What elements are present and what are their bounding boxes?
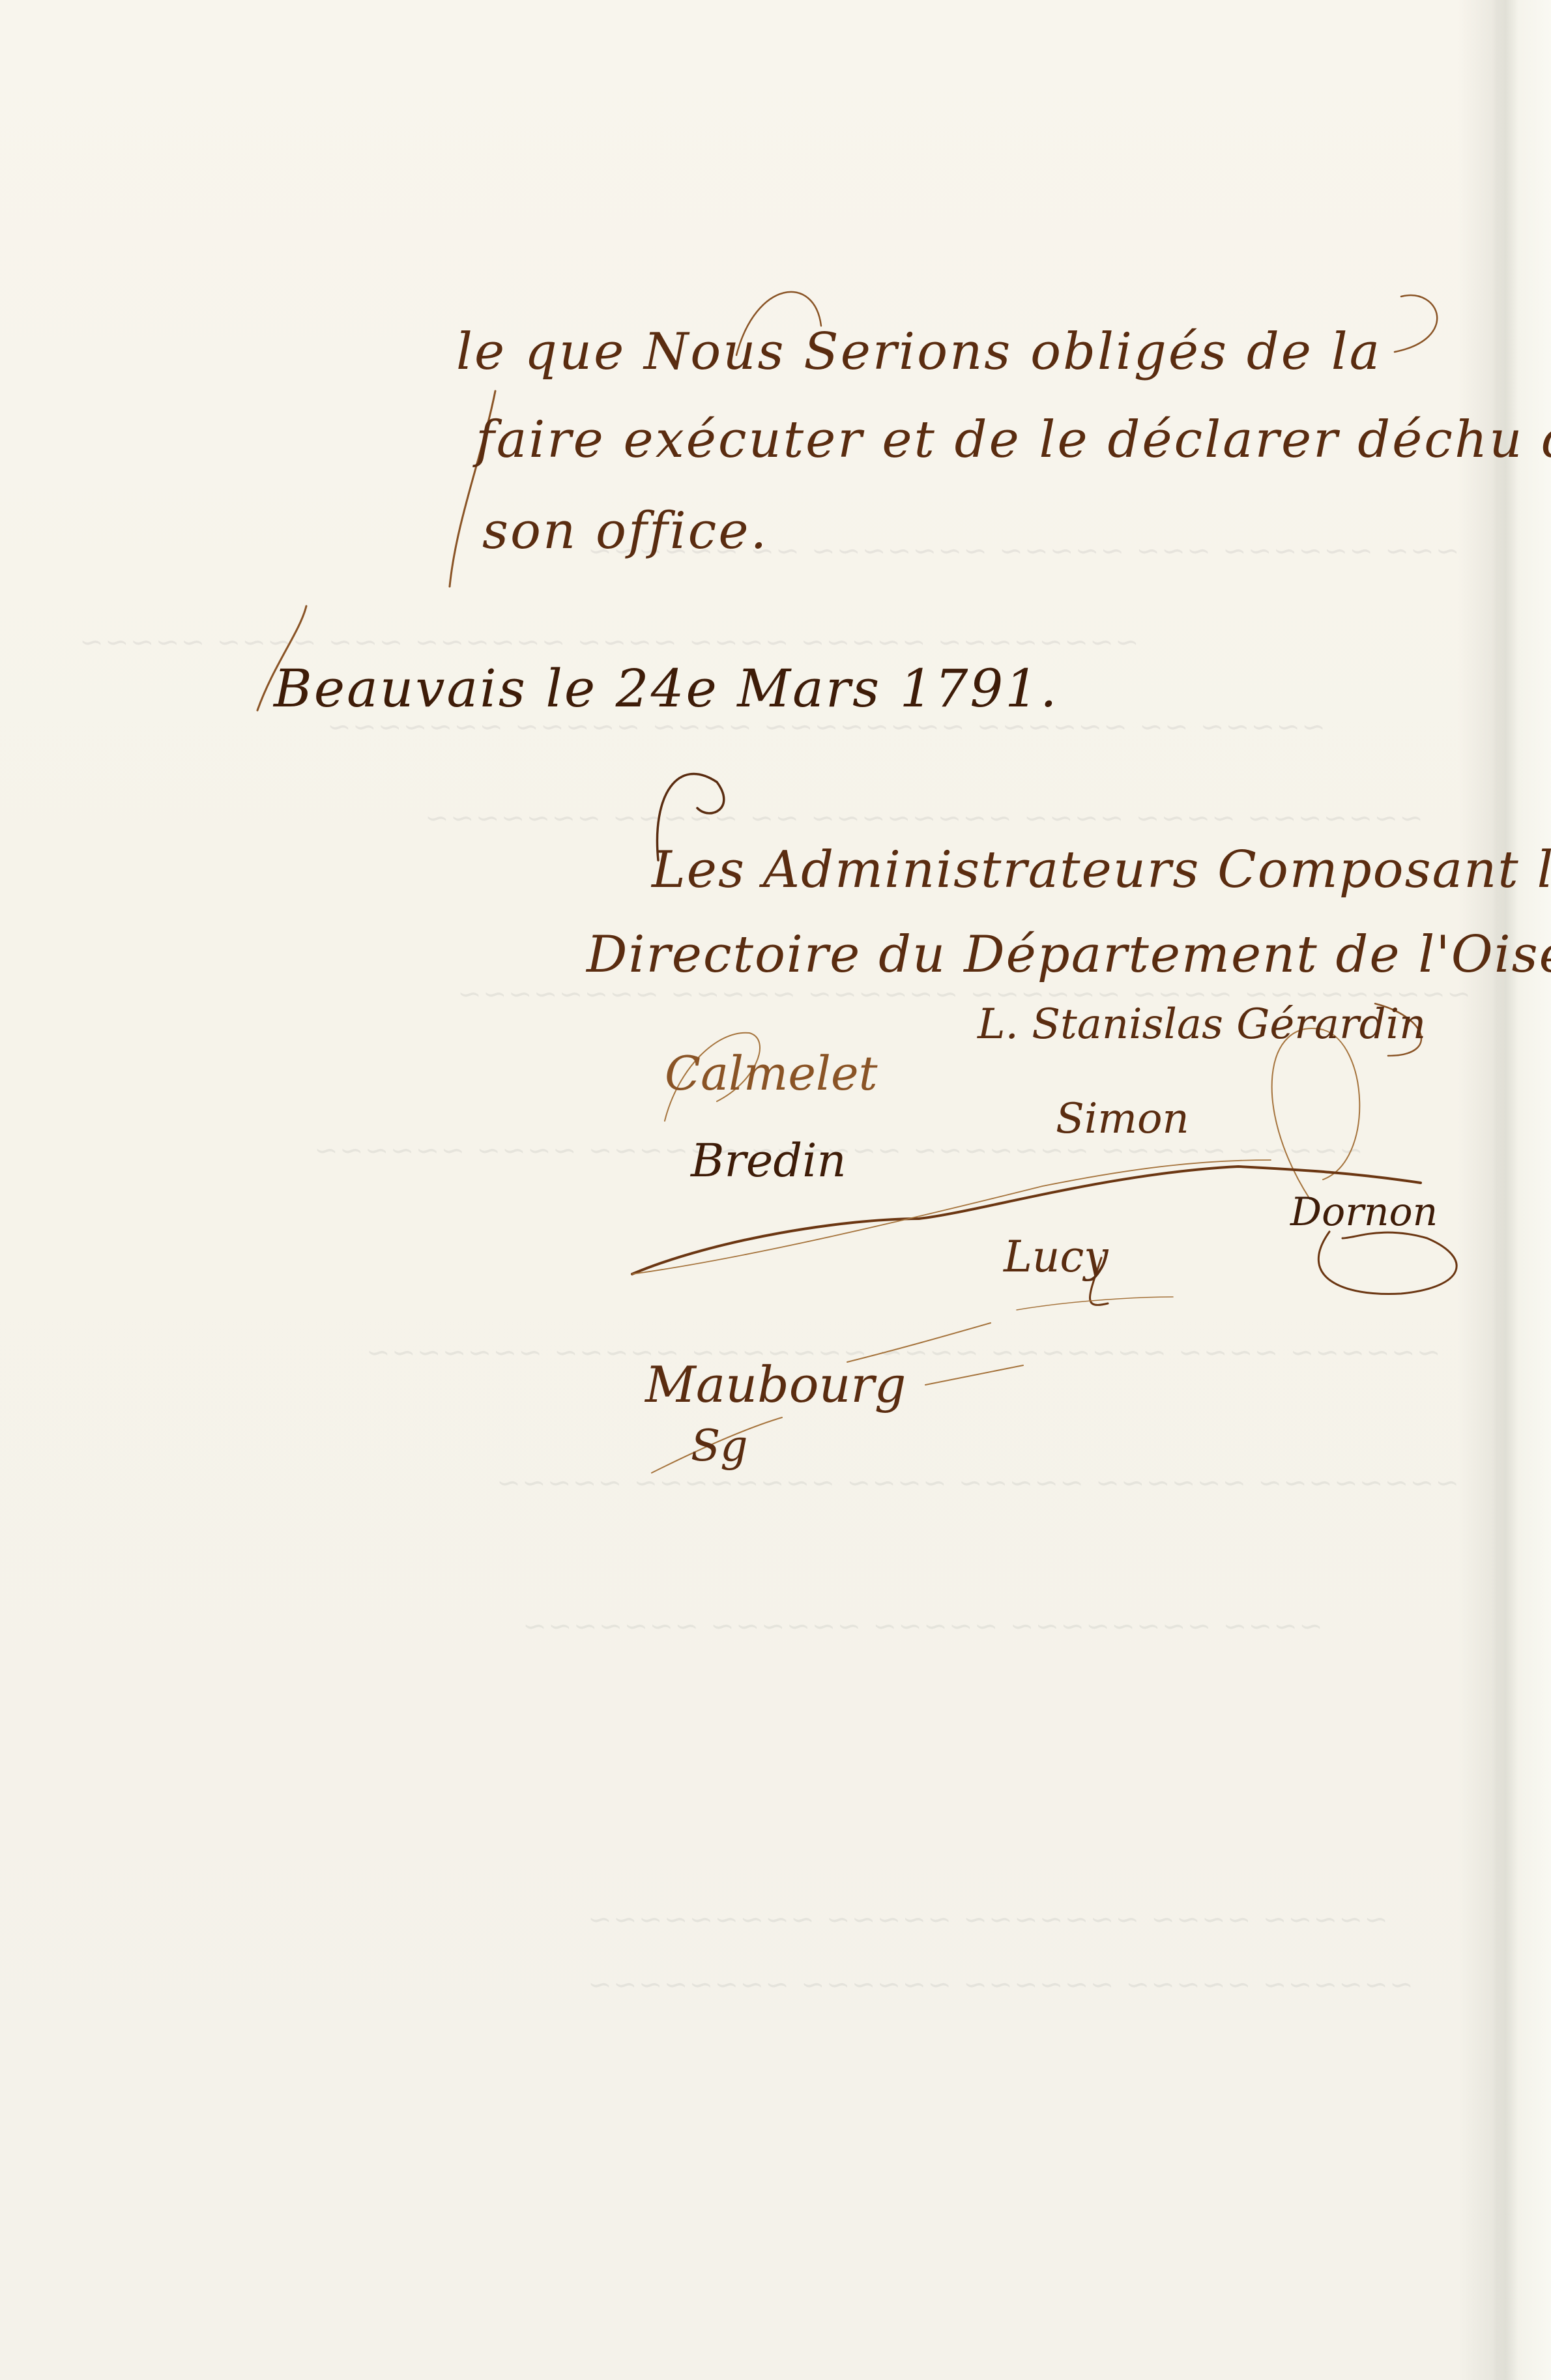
signature-bredin: Bredin <box>691 1134 847 1187</box>
page-edge-shadow <box>1492 0 1518 2380</box>
manuscript-page: ~~~ ~~~~~~ ~~~ ~~~~~ ~~~~~~~ ~~ ~~~~~~ ~… <box>0 0 1551 2380</box>
body-line-3: son office. <box>482 502 768 560</box>
bleed-through-line: ~~~~~~ ~~~~~ ~~~~~~ ~~~~~~ ~~~~~~~~ <box>587 1968 1413 2001</box>
closing-line-2: Directoire du Département de l'Oise <box>587 925 1551 984</box>
closing-line-1: Les Administrateurs Composant le <box>652 841 1551 899</box>
signature-maubourg: Maubourg <box>645 1356 906 1414</box>
signature-secretary-mark: Sg <box>691 1421 747 1471</box>
signature-lucy: Lucy <box>1004 1232 1109 1282</box>
signature-gerardin: L. Stanislas Gérardin <box>978 1000 1426 1049</box>
signature-simon: Simon <box>1056 1095 1189 1143</box>
signature-calmelet: Calmelet <box>665 1046 878 1101</box>
date-line: Beauvais le 24e Mars 1791. <box>274 658 1059 719</box>
body-line-2: faire exécuter et de le déclarer déchu d… <box>476 411 1551 469</box>
bleed-through-line: ~~~~~~~~ ~~~~~~ ~~~~~ ~~~~ ~~~~~~~~ ~~~~… <box>495 1466 1459 1500</box>
body-line-1: le que Nous Serions obligés de la <box>456 323 1382 381</box>
bleed-through-line: ~~~~~ ~~~~ ~~~~~~~ ~~~~~ ~~~~~~~~~ <box>587 1903 1388 1936</box>
bleed-through-line: ~~~~ ~~~~~~~~ ~~~~~ ~~~~~~ ~~~~~~~ <box>521 1610 1323 1643</box>
bleed-through-line: ~~~~~~~ ~~~~ ~~~~ ~~~~~~~~ ~~ ~~~~~ ~~~~… <box>424 802 1423 835</box>
signature-dornon: Dornon <box>1290 1189 1438 1235</box>
bleed-through-line: ~~~~~~~~ ~~~~~ ~~~~ ~~~~ ~~~~~~ ~~~ ~~~~… <box>78 626 1139 659</box>
